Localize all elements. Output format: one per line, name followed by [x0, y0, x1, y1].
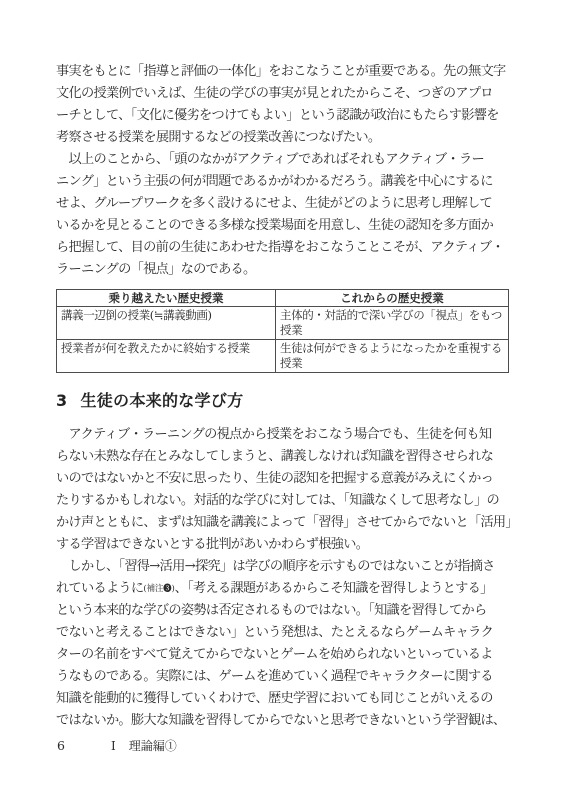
text-line: ーチとして、「文化に優劣をつけてもよい」という認識が政治にもたらす影響を [56, 105, 509, 127]
table-cell: 授業者が何を教えたかに終始する授業 [57, 340, 276, 373]
part-numeral: Ⅰ [111, 739, 116, 753]
text-line: しかし、「習得→活用→探究」は学びの順序を示すものではないことが指摘さ [56, 556, 509, 578]
part-title: 理論編① [129, 739, 177, 753]
text-line: らない未熟な存在とみなしてしまうと、講義しなければ知識を習得させられな [56, 446, 509, 468]
section-number: 3 [56, 391, 67, 410]
table-header-cell-old-lessons: 乗り越えたい歴史授業 [57, 290, 276, 307]
text-line-with-footnote: れているように(補注❸)、「考える課題があるからこそ知識を習得しようとする」 [56, 578, 509, 600]
text-line: せよ、グループワークを多く設けるにせよ、生徒がどのように思考し理解して [56, 193, 509, 215]
table-row: 講義一辺倒の授業(≒講義動画) 主体的・対話的で深い学びの「視点」をもつ授業 [57, 307, 509, 340]
text-line: という本来的な学びの姿勢は否定されるものではない。「知識を習得してから [56, 600, 509, 622]
text-line: いるかを見とることのできる多様な授業場面を用意し、生徒の認知を多方面か [56, 215, 509, 237]
text-line: かけ声とともに、まずは知識を講義によって「習得」させてからでないと「活用」 [56, 512, 509, 534]
text-line: アクティブ・ラーニングの視点から授業をおこなう場合でも、生徒を何も知 [56, 424, 509, 446]
table-header-row: 乗り越えたい歴史授業 これからの歴史授業 [57, 290, 509, 307]
text-line: 知識を能動的に獲得していくわけで、歴史学習においても同じことがいえるの [56, 688, 509, 710]
text-line: ターの名前をすべて覚えてからでないとゲームを始められないといっているよ [56, 644, 509, 666]
text-line: うなものである。実際には、ゲームを進めていく過程でキャラクターに関する [56, 666, 509, 688]
main-text-column: 事実をもとに「指導と評価の一体化」をおこなうことが重要である。先の無文字 文化の… [56, 61, 509, 732]
text-line: 事実をもとに「指導と評価の一体化」をおこなうことが重要である。先の無文字 [56, 61, 509, 83]
table-cell: 生徒は何ができるようになったかを重視する授業 [276, 340, 509, 373]
table-cell: 主体的・対話的で深い学びの「視点」をもつ授業 [276, 307, 509, 340]
text-segment: れているように [56, 581, 143, 596]
comparison-table: 乗り越えたい歴史授業 これからの歴史授業 講義一辺倒の授業(≒講義動画) 主体的… [56, 289, 509, 373]
book-page: 事実をもとに「指導と評価の一体化」をおこなうことが重要である。先の無文字 文化の… [0, 0, 564, 800]
text-line: いのではないかと不安に思ったり、生徒の認知を把握する意義がみえにくかっ [56, 468, 509, 490]
section-title: 生徒の本来的な学び方 [80, 391, 243, 410]
table-row: 授業者が何を教えたかに終始する授業 生徒は何ができるようになったかを重視する授業 [57, 340, 509, 373]
paragraph-3: アクティブ・ラーニングの視点から授業をおこなう場合でも、生徒を何も知 らない未熟… [56, 424, 509, 556]
paragraph-2: 以上のことから、「頭のなかがアクティブであればそれもアクティブ・ラー ニング」と… [56, 149, 509, 281]
text-line: ニング」という主張の何が問題であるかがわかるだろう。講義を中心にするに [56, 171, 509, 193]
text-line: たりするかもしれない。対話的な学びに対しては、「知識なくして思考なし」の [56, 490, 509, 512]
paragraph-1: 事実をもとに「指導と評価の一体化」をおこなうことが重要である。先の無文字 文化の… [56, 61, 509, 149]
text-line: 文化の授業例でいえば、生徒の学びの事実が見とれたからこそ、つぎのアプロ [56, 83, 509, 105]
text-line: ラーニングの「視点」なのである。 [56, 259, 509, 281]
text-segment: 、「考える課題があるからこそ知識を習得しようとする」 [175, 581, 493, 596]
page-footer: 6Ⅰ理論編① [57, 738, 177, 754]
text-line: ら把握して、目の前の生徒にあわせた指導をおこなうことこそが、アクティブ・ [56, 237, 509, 259]
section-heading: 3生徒の本来的な学び方 [56, 391, 509, 411]
table-cell: 講義一辺倒の授業(≒講義動画) [57, 307, 276, 340]
text-line: する学習はできないとする批判があいかわらず根強い。 [56, 534, 509, 556]
text-line: 考察させる授業を展開するなどの授業改善につなげたい。 [56, 127, 509, 149]
paragraph-4: しかし、「習得→活用→探究」は学びの順序を示すものではないことが指摘さ れている… [56, 556, 509, 732]
table-header-cell-future-lessons: これからの歴史授業 [276, 290, 509, 307]
text-line: ではないか。膨大な知識を習得してからでないと思考できないという学習観は、 [56, 710, 509, 732]
page-number: 6 [57, 738, 65, 753]
footnote-marker: (補注❸) [143, 584, 174, 594]
text-line: 以上のことから、「頭のなかがアクティブであればそれもアクティブ・ラー [56, 149, 509, 171]
text-line: でないと考えることはできない」という発想は、たとえるならゲームキャラク [56, 622, 509, 644]
